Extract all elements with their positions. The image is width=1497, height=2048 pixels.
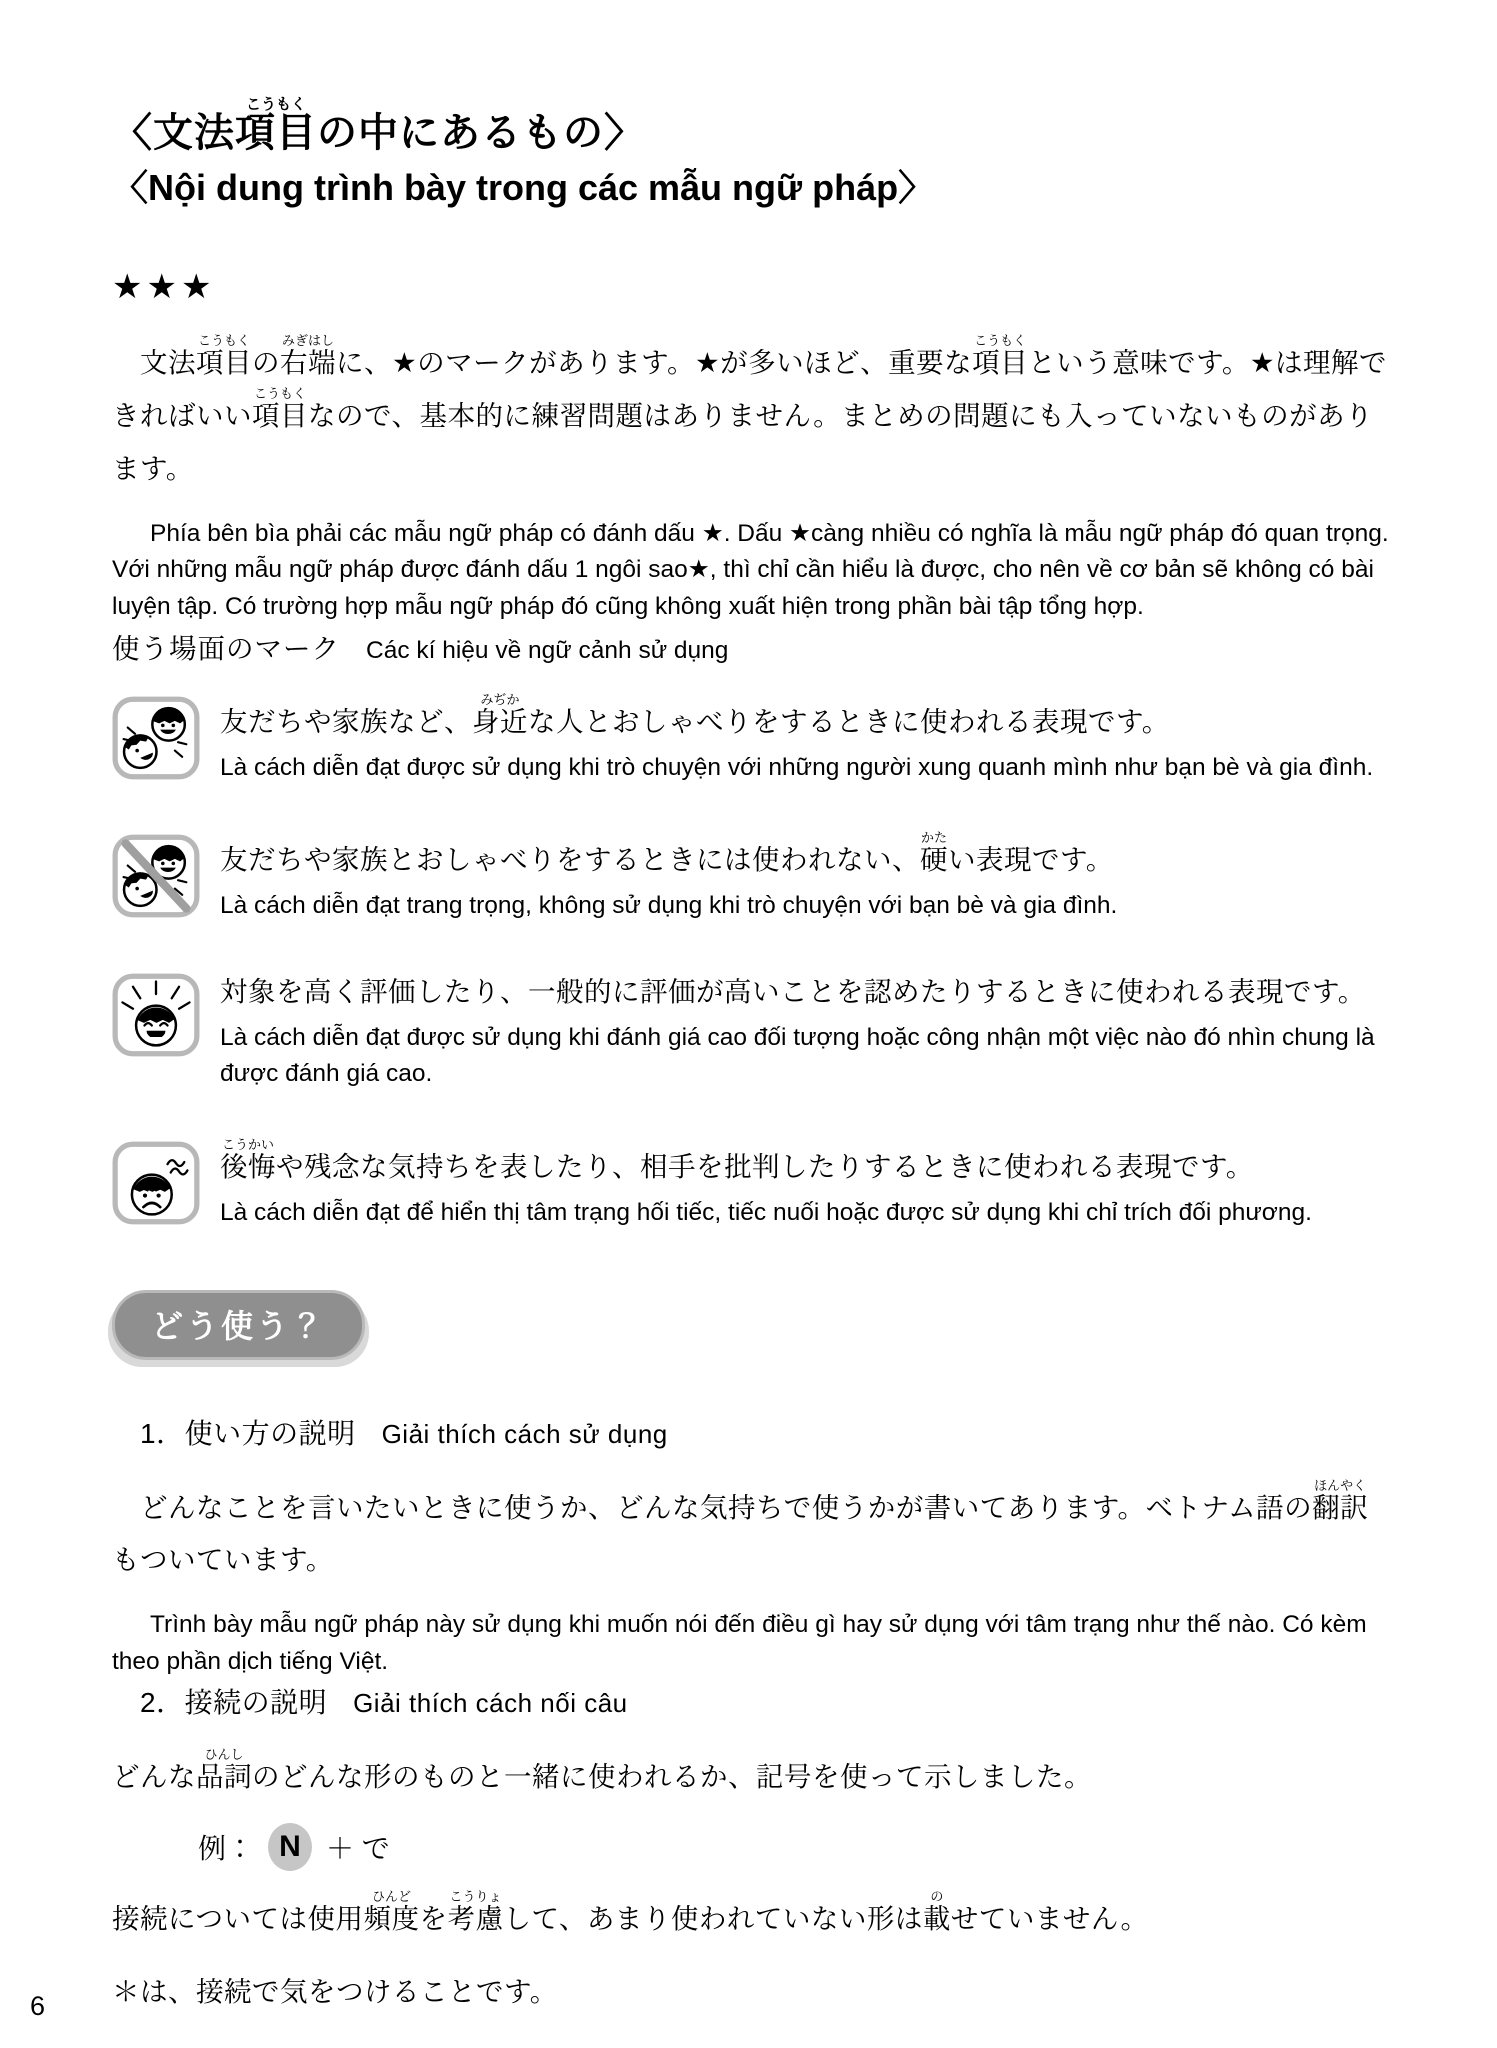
section1-body-vn: Trình bày mẫu ngữ pháp này sử dụng khi m… (112, 1607, 1389, 1681)
textbook-page: 〈文法項目こうもくの中にあるもの〉 〈Nội dung trình bày tr… (0, 0, 1497, 2048)
mark-item-formal-text: 友だちや家族とおしゃべりをするときには使われない、硬かたい表現です。 Là cá… (220, 830, 1389, 925)
section2-heading-vn: Giải thích cách nối câu (353, 1688, 628, 1719)
casual-chat-icon (112, 692, 204, 787)
page-content: 〈文法項目こうもくの中にあるもの〉 〈Nội dung trình bày tr… (0, 0, 1497, 2019)
page-title-vn: 〈Nội dung trình bày trong các mẫu ngữ ph… (112, 166, 1389, 209)
section1-heading: 1．使い方の説明 Giải thích cách sử dụng (140, 1412, 1389, 1452)
mark-item-regret: 後悔こうかいや残念な気持ちを表したり、相手を批判したりするときに使われる表現です… (112, 1137, 1389, 1232)
section1-body-jp: どんなことを言いたいときに使うか、どんな気持ちで使うかが書いてあります。ベトナム… (112, 1478, 1389, 1588)
mark-item-casual: 友だちや家族など、身近みぢかな人とおしゃべりをするときに使われる表現です。 Là… (112, 692, 1389, 787)
noun-symbol-badge: N (268, 1823, 312, 1871)
mark-item-praise-text: 対象を高く評価したり、一般的に評価が高いことを認めたりするときに使われる表現です… (220, 969, 1389, 1093)
section2-heading: 2．接続の説明 Giải thích cách nối câu (140, 1681, 1389, 1721)
section2-line2-jp: 接続については使用頻度ひんどを考慮こうりょして、あまり使われていない形は載のせて… (112, 1889, 1389, 1946)
usage-marks-heading-jp: 使う場面のマーク (112, 626, 340, 666)
regret-icon (112, 1137, 204, 1232)
mark-item-formal-jp: 友だちや家族とおしゃべりをするときには使われない、硬かたい表現です。 (220, 830, 1389, 884)
example-label: 例： (198, 1827, 254, 1867)
mark-item-casual-vn: Là cách diễn đạt được sử dụng khi trò ch… (220, 750, 1389, 787)
page-number: 6 (30, 1991, 45, 2022)
mark-item-formal: 友だちや家族とおしゃべりをするときには使われない、硬かたい表現です。 Là cá… (112, 830, 1389, 925)
how-to-use-badge: どう使う？ (112, 1290, 365, 1360)
connection-example-line: 例： N ＋ で (198, 1823, 1389, 1871)
mark-item-praise-vn: Là cách diễn đạt được sử dụng khi đánh g… (220, 1020, 1389, 1094)
mark-item-formal-vn: Là cách diễn đạt trang trọng, không sử d… (220, 888, 1389, 925)
star-rating-label: ★★★ (112, 267, 1389, 307)
usage-marks-heading-vn: Các kí hiệu về ngữ cảnh sử dụng (366, 637, 728, 665)
mark-item-regret-jp: 後悔こうかいや残念な気持ちを表したり、相手を批判したりするときに使われる表現です… (220, 1137, 1389, 1191)
star-explanation-vn: Phía bên bìa phải các mẫu ngữ pháp có đá… (112, 516, 1389, 626)
section2-heading-jp: 2．接続の説明 (140, 1681, 327, 1721)
section1-heading-jp: 1．使い方の説明 (140, 1412, 356, 1452)
usage-marks-heading: 使う場面のマーク Các kí hiệu về ngữ cảnh sử dụng (112, 626, 1389, 666)
praise-icon (112, 969, 204, 1093)
section2-line1-jp: どんな品詞ひんしのどんな形のものと一緒に使われるか、記号を使って示しました。 (112, 1747, 1389, 1804)
page-title-jp: 〈文法項目こうもくの中にあるもの〉 (112, 96, 1389, 156)
mark-item-praise-jp: 対象を高く評価したり、一般的に評価が高いことを認めたりするときに使われる表現です… (220, 969, 1389, 1016)
mark-item-regret-text: 後悔こうかいや残念な気持ちを表したり、相手を批判したりするときに使われる表現です… (220, 1137, 1389, 1232)
mark-item-casual-jp: 友だちや家族など、身近みぢかな人とおしゃべりをするときに使われる表現です。 (220, 692, 1389, 746)
example-rest: ＋ で (326, 1827, 390, 1867)
no-casual-chat-icon (112, 830, 204, 925)
mark-item-regret-vn: Là cách diễn đạt để hiển thị tâm trạng h… (220, 1195, 1389, 1232)
section2-asterisk-note: ＊は、接続で気をつけることです。 (112, 1966, 1389, 2019)
mark-item-casual-text: 友だちや家族など、身近みぢかな人とおしゃべりをするときに使われる表現です。 Là… (220, 692, 1389, 787)
mark-item-praise: 対象を高く評価したり、一般的に評価が高いことを認めたりするときに使われる表現です… (112, 969, 1389, 1093)
section1-heading-vn: Giải thích cách sử dụng (382, 1419, 668, 1450)
star-explanation-jp: 文法項目こうもくの右端みぎはしに、★のマークがあります。★が多いほど、重要な項目… (112, 333, 1389, 495)
